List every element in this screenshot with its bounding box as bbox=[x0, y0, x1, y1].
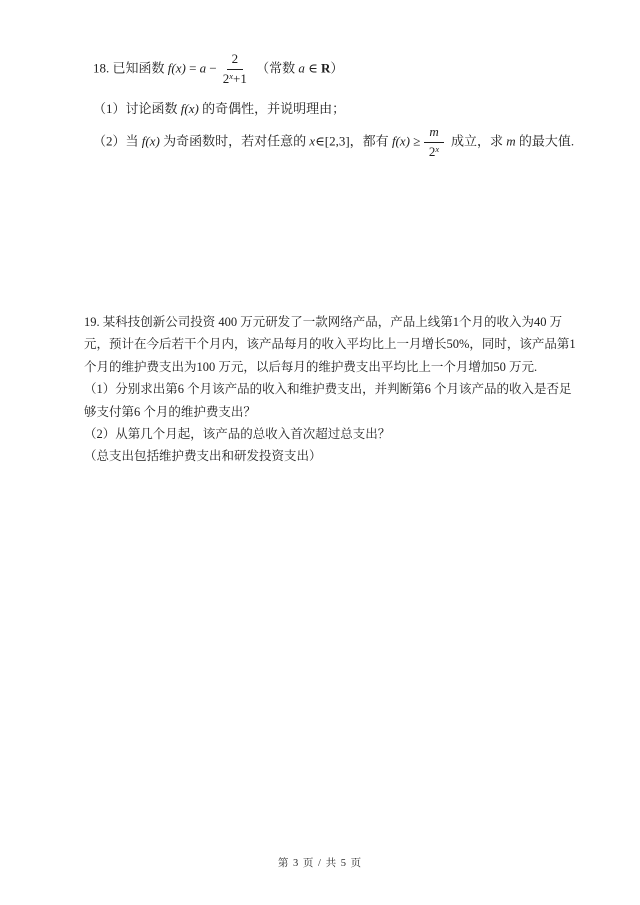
q18-fraction-denominator: 2x+1 bbox=[221, 70, 249, 89]
q18-math-fx: f(x) bbox=[168, 60, 186, 75]
page-footer: 第 3 页 / 共 5 页 bbox=[0, 855, 640, 870]
q18-math-equals: = bbox=[189, 60, 196, 75]
q18-part2-fx2: f(x) bbox=[392, 133, 410, 148]
q18-math-minus: − bbox=[209, 60, 216, 75]
q18-part2: （2）当 f(x) 为奇函数时，若对任意的 x∈[2,3]，都有 f(x) ≥m… bbox=[93, 123, 590, 162]
q18-part2-m: m bbox=[506, 133, 515, 148]
q18-fraction-numerator: 2 bbox=[227, 50, 244, 70]
q18-part2-fraction: m2x bbox=[424, 123, 443, 162]
q18-part1-before: 讨论函数 bbox=[126, 101, 178, 116]
q18-part1-label: （1） bbox=[93, 101, 126, 116]
document-page: 18. 已知函数 f(x) = a −22x+1 （常数 a ∈ R） （1）讨… bbox=[0, 0, 640, 905]
question-19: 19. 某科技创新公司投资 400 万元研发了一款网络产品，产品上线第1个月的收… bbox=[84, 311, 600, 468]
q18-part2-element-of: ∈ bbox=[315, 133, 325, 148]
q18-part2-fraction-numerator: m bbox=[424, 123, 443, 143]
q18-math-a: a bbox=[200, 60, 207, 75]
q18-part2-seg4: 成立，求 bbox=[451, 133, 503, 148]
q18-part2-fx: f(x) bbox=[142, 133, 160, 148]
q18-statement: 18. 已知函数 f(x) = a −22x+1 （常数 a ∈ R） bbox=[93, 50, 590, 89]
q18-constraint-open: （常数 bbox=[256, 60, 295, 75]
q19-line-7: （总支出包括维护费支出和研发投资支出） bbox=[84, 445, 600, 467]
q19-line-6: （2）从第几个月起，该产品的总收入首次超过总支出？ bbox=[84, 423, 600, 445]
q18-constraint-a: a bbox=[298, 60, 305, 75]
q18-set-symbol: R bbox=[321, 60, 330, 75]
q18-part1-fx: f(x) bbox=[181, 101, 199, 116]
q18-part2-seg1: 当 bbox=[126, 133, 139, 148]
q18-lead-text: 已知函数 bbox=[113, 60, 165, 75]
q19-line-3: 个月的维护费支出为100 万元，以后每月的维护费支出平均比上一个月增加50 万元… bbox=[84, 356, 600, 378]
q18-fraction-den-plus: +1 bbox=[233, 71, 247, 86]
q18-part2-geq: ≥ bbox=[413, 133, 420, 148]
q19-line-4: （1）分别求出第6 个月该产品的收入和维护费支出，并判断第6 个月该产品的收入是… bbox=[84, 378, 600, 400]
q18-fraction: 22x+1 bbox=[221, 50, 249, 89]
q18-element-of-symbol: ∈ bbox=[308, 60, 318, 75]
q19-line-1: 19. 某科技创新公司投资 400 万元研发了一款网络产品，产品上线第1个月的收… bbox=[84, 311, 600, 333]
q18-number: 18. bbox=[93, 60, 109, 75]
q18-part2-seg2: 为奇函数时，若对任意的 bbox=[163, 133, 306, 148]
q18-constraint-close: ） bbox=[330, 60, 343, 75]
q18-part2-label: （2） bbox=[93, 133, 126, 148]
q18-part1: （1）讨论函数 f(x) 的奇偶性，并说明理由； bbox=[93, 98, 590, 120]
q19-line-5: 够支付第6 个月的维护费支出？ bbox=[84, 401, 600, 423]
q18-part2-seg5: 的最大值. bbox=[519, 133, 574, 148]
q19-line-2: 元，预计在今后若干个月内，该产品每月的收入平均比上一月增长50%，同时，该产品第… bbox=[84, 333, 600, 355]
q18-part2-fraction-den-exponent: x bbox=[435, 144, 439, 154]
q18-part2-seg3: ，都有 bbox=[350, 133, 389, 148]
q18-part2-interval: [2,3] bbox=[325, 133, 350, 148]
q18-part2-fraction-denominator: 2x bbox=[427, 143, 441, 162]
page-number-text: 第 3 页 / 共 5 页 bbox=[278, 858, 362, 869]
question-18: 18. 已知函数 f(x) = a −22x+1 （常数 a ∈ R） （1）讨… bbox=[93, 50, 590, 161]
q18-part1-after: 的奇偶性，并说明理由； bbox=[202, 101, 345, 116]
